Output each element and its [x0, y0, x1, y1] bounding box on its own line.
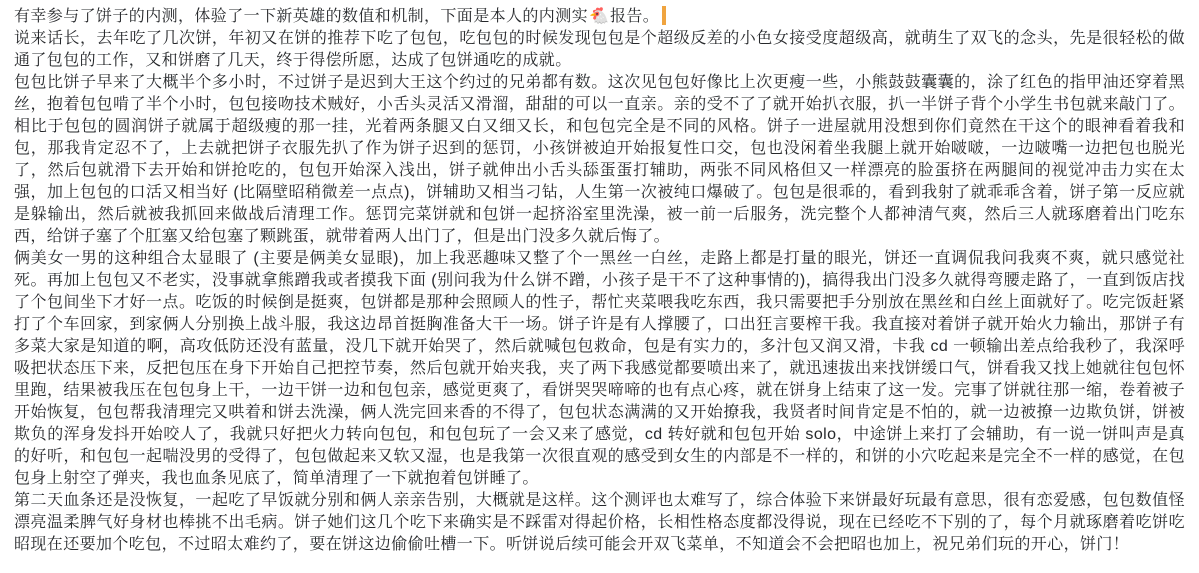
intro-line: 有幸参与了饼子的内测，体验了一下新英雄的数值和机制，下面是本人的内测实🐔报告。: [14, 6, 1185, 28]
post-body: 有幸参与了饼子的内测，体验了一下新英雄的数值和机制，下面是本人的内测实🐔报告。 …: [0, 0, 1199, 573]
text-caret: [662, 6, 666, 25]
paragraph: 第二天血条还是没恢复，一起吃了早饭就分别和俩人亲亲告别，大概就是这样。这个测评也…: [14, 490, 1185, 556]
paragraph: 包包比饼子早来了大概半个多小时，不过饼子是迟到大王这个约过的兄弟都有数。这次见包…: [14, 72, 1185, 248]
intro-text-before: 有幸参与了饼子的内测，体验了一下新英雄的数值和机制，下面是本人的内测实: [14, 8, 588, 25]
chicken-emoji: 🐔: [589, 8, 609, 25]
paragraph: 说来话长，去年吃了几次饼，年初又在饼的推荐下吃了包包，吃包包的时候发现包包是个超…: [14, 28, 1185, 72]
intro-text-after: 报告。: [610, 8, 659, 25]
paragraph: 俩美女一男的这种组合太显眼了 (主要是俩美女显眼)，加上我恶趣味又整了个一黑丝一…: [14, 248, 1185, 490]
